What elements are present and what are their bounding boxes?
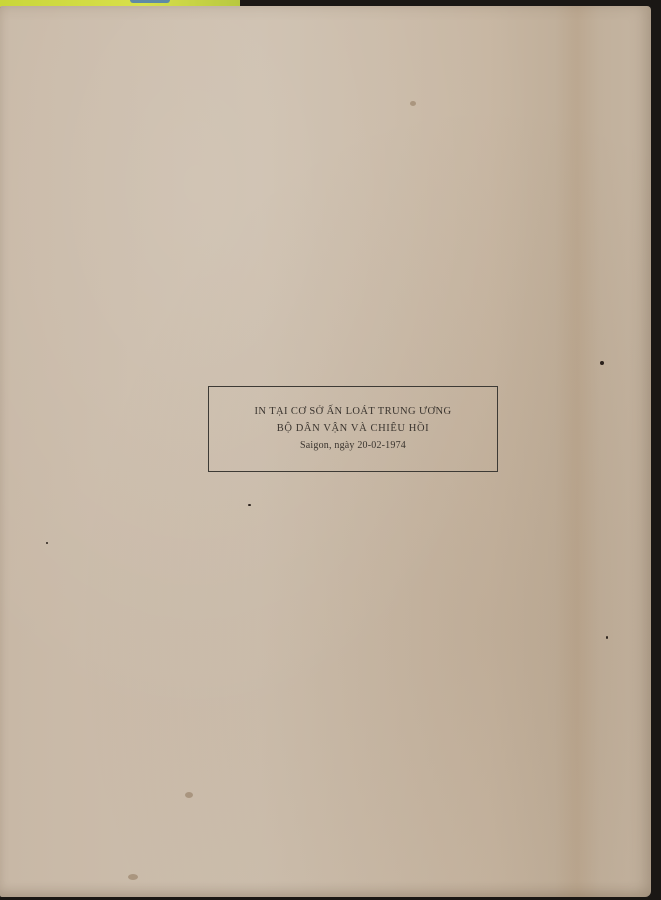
paper-speck (46, 542, 48, 544)
paper-stain (410, 101, 416, 106)
printer-imprint-box: IN TẠI CƠ SỞ ẤN LOÁT TRUNG ƯƠNG BỘ DÂN V… (208, 386, 498, 472)
background-object-detail (130, 0, 170, 3)
paper-speck (248, 504, 251, 506)
imprint-printer-line: IN TẠI CƠ SỞ ẤN LOÁT TRUNG ƯƠNG (209, 406, 497, 417)
document-page: IN TẠI CƠ SỞ ẤN LOÁT TRUNG ƯƠNG BỘ DÂN V… (0, 6, 651, 897)
paper-speck (600, 361, 604, 365)
paper-stain (128, 874, 138, 880)
paper-stain (185, 792, 193, 798)
paper-speck (606, 636, 608, 639)
paper-fold-shading (555, 6, 600, 897)
imprint-date-line: Saigon, ngày 20-02-1974 (209, 440, 497, 451)
imprint-ministry-line: BỘ DÂN VẬN VÀ CHIÊU HỒI (209, 423, 497, 434)
